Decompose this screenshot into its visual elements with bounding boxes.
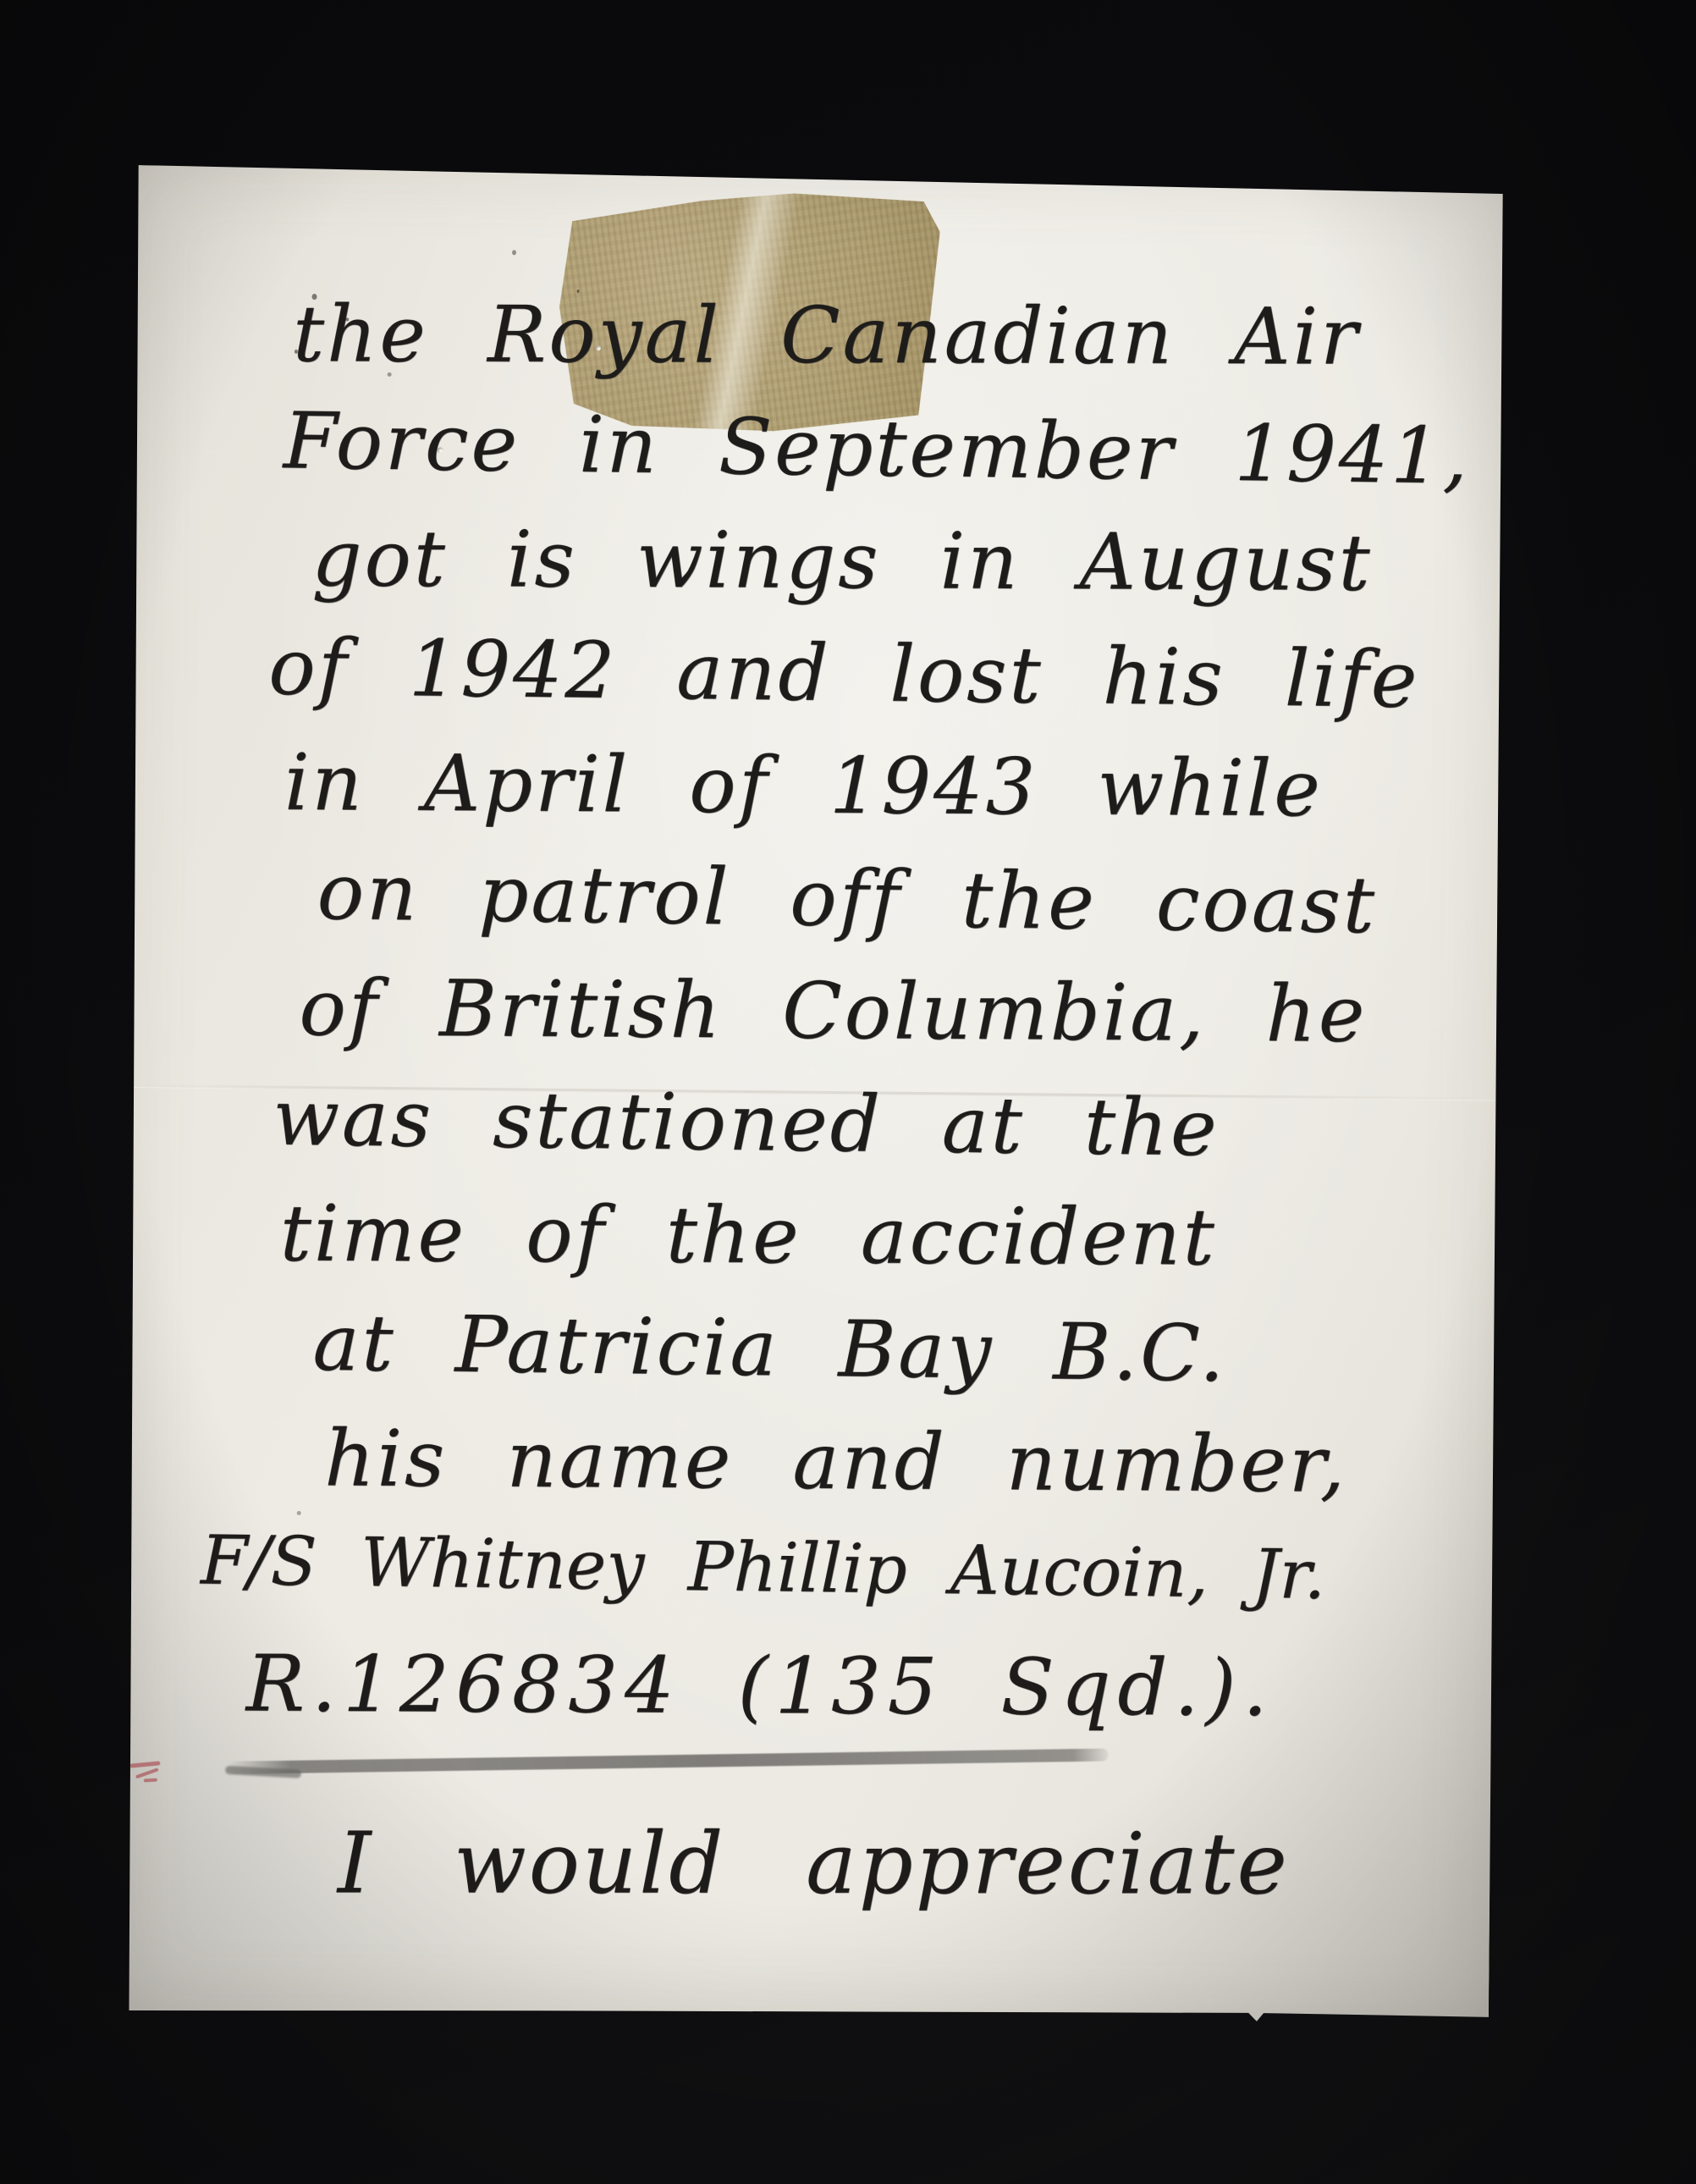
handwritten-line: on patrol off the coast xyxy=(317,847,1378,951)
photo-backdrop: the Royal Canadian Air Force in Septembe… xyxy=(0,0,1696,2184)
handwritten-line: got is wings in August xyxy=(311,514,1373,608)
handwritten-line: of 1942 and lost his life xyxy=(268,622,1420,725)
handwritten-line: Force in September 1941, xyxy=(283,396,1471,501)
paper-speckle xyxy=(297,1511,301,1515)
handwritten-line: at Patricia Bay B.C. xyxy=(312,1299,1227,1399)
handwritten-line: the Royal Canadian Air xyxy=(293,290,1360,382)
handwritten-line: time of the accident xyxy=(280,1189,1217,1283)
handwritten-line: in April of 1943 while xyxy=(284,738,1323,834)
handwritten-line: I would appreciate xyxy=(338,1814,1290,1912)
letter-paper: the Royal Canadian Air Force in Septembe… xyxy=(116,165,1506,2023)
handwritten-line: F/S Whitney Phillip Aucoin, Jr. xyxy=(201,1522,1326,1614)
handwritten-line: his name and number, xyxy=(324,1414,1347,1509)
handwritten-line: of British Columbia, he xyxy=(299,963,1367,1060)
red-ink-mark xyxy=(127,1755,170,1791)
handwritten-line: R.126834 (135 Sqd.). xyxy=(246,1640,1275,1734)
pencil-underline xyxy=(229,1748,1109,1773)
handwritten-line: was stationed at the xyxy=(273,1073,1220,1173)
paper-speckle xyxy=(512,250,516,255)
